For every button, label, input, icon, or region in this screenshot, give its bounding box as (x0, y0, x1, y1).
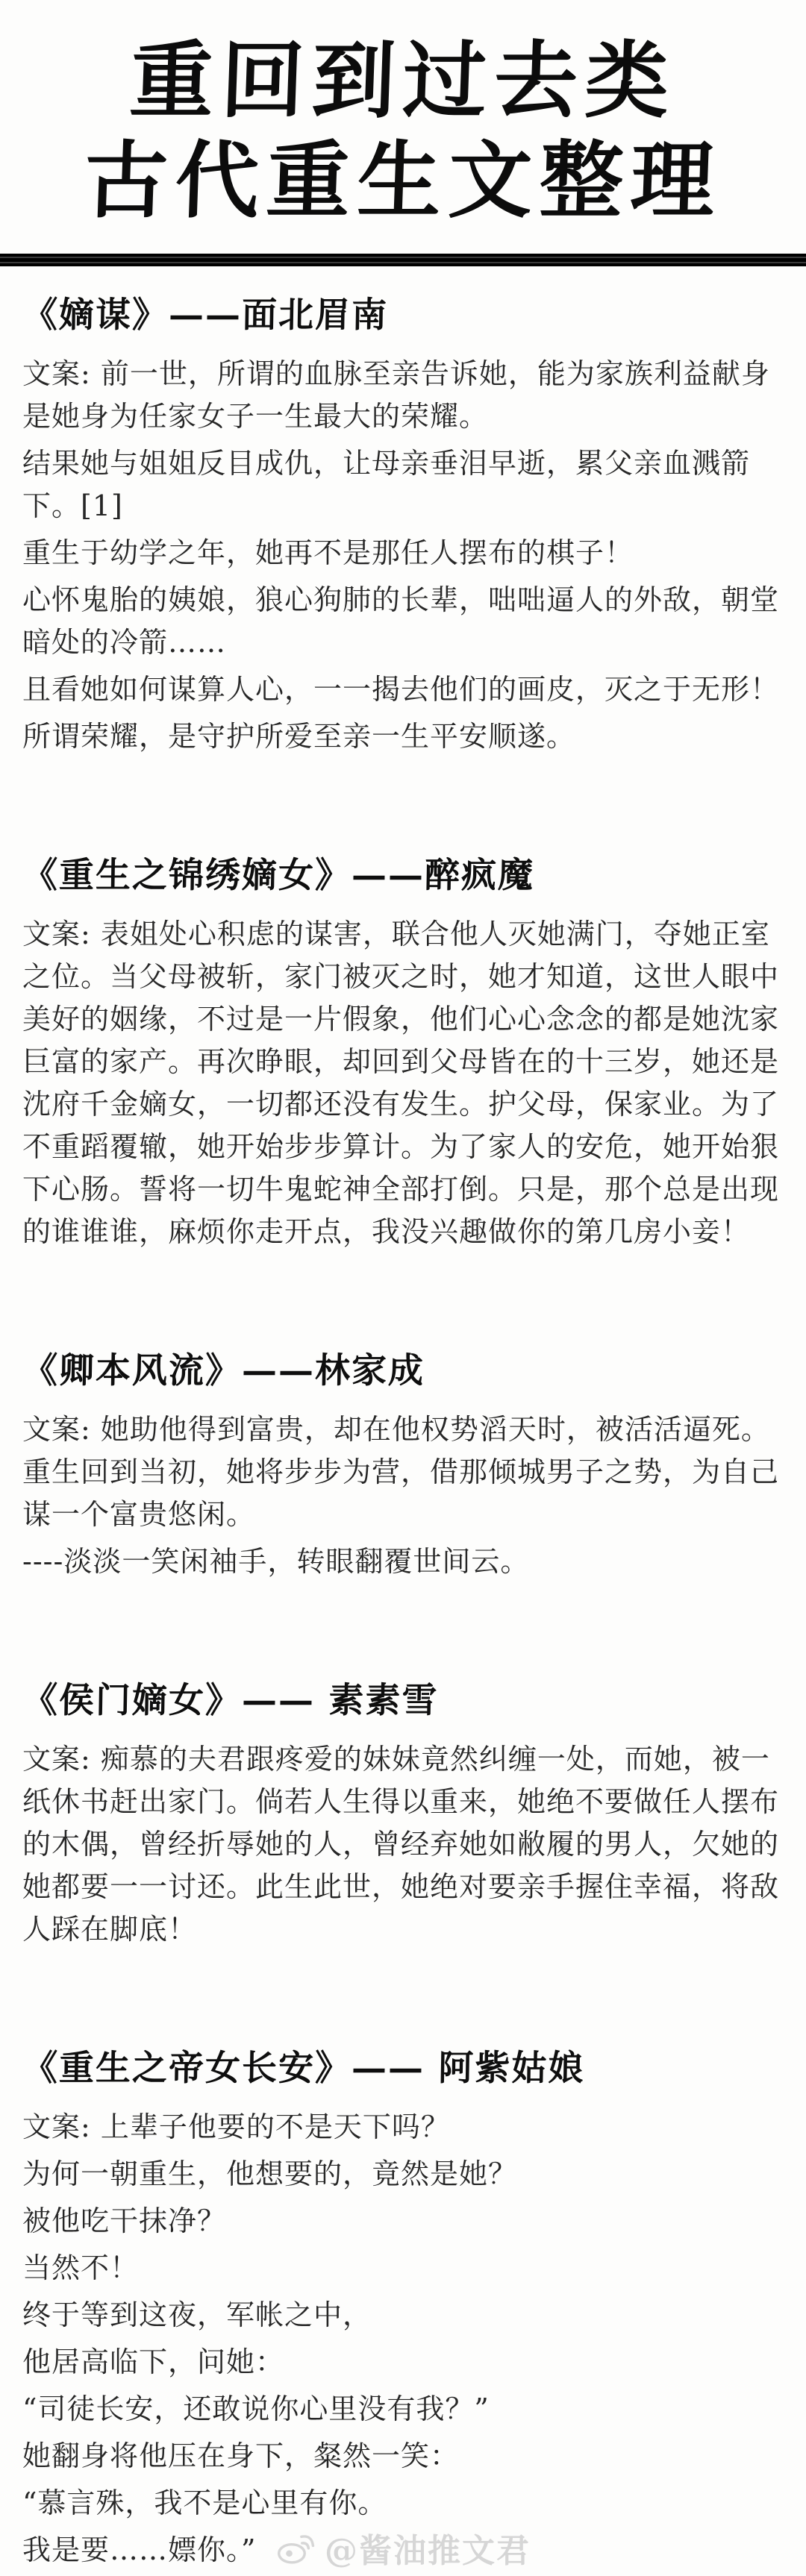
book-section-dinv-changan: 《重生之帝女长安》—— 阿紫姑娘 文案: 上辈子他要的不是天下吗？ 为何一朝重生… (22, 2046, 782, 2572)
book-header: 《嫡谋》——面北眉南 (22, 293, 782, 338)
book-title: 《嫡谋》 (22, 295, 169, 336)
dash: —— (242, 1680, 329, 1721)
dash: —— (352, 855, 425, 896)
book-section-jinxiu-dinv: 《重生之锦绣嫡女》——醉疯魔 文案: 表姐处心积虑的谋害，联合他人灭她满门，夺她… (22, 853, 782, 1253)
synopsis-paragraph: 心怀鬼胎的姨娘，狼心狗肺的长辈，咄咄逼人的外敌，朝堂暗处的冷箭…… (22, 579, 782, 664)
book-title: 《重生之帝女长安》 (22, 2048, 352, 2089)
book-author: 醉疯魔 (425, 855, 535, 896)
watermark-handle: @酱油推文君 (325, 2524, 531, 2572)
synopsis-paragraph: 为何一朝重生，他想要的，竟然是她？ (22, 2153, 782, 2196)
page-title-line1: 重回到过去类 (0, 31, 806, 131)
synopsis-paragraph: 他居高临下，问她： (22, 2341, 782, 2384)
page: 重回到过去类 古代重生文整理 《嫡谋》——面北眉南 文案: 前一世，所谓的血脉至… (0, 0, 806, 2576)
synopsis-paragraph: 结果她与姐姐反目成仇，让母亲垂泪早逝，累父亲血溅箭下。[1] (22, 442, 782, 527)
synopsis-paragraph: 文案: 表姐处心积虑的谋害，联合他人灭她满门，夺她正室之位。当父母被斩，家门被灭… (22, 913, 782, 1253)
synopsis-paragraph: 被他吃干抹净？ (22, 2200, 782, 2243)
synopsis-paragraph: 所谓荣耀，是守护所爱至亲一生平安顺遂。 (22, 715, 782, 758)
book-header: 《重生之帝女长安》—— 阿紫姑娘 (22, 2046, 782, 2091)
book-author: 面北眉南 (242, 295, 389, 336)
book-header: 《重生之锦绣嫡女》——醉疯魔 (22, 853, 782, 898)
synopsis-paragraph: ----淡淡一笑闲袖手，转眼翻覆世间云。 (22, 1541, 782, 1583)
book-section-dimou: 《嫡谋》——面北眉南 文案: 前一世，所谓的血脉至亲告诉她，能为家族利益献身是她… (22, 293, 782, 758)
book-section-houmen-dinv: 《侯门嫡女》—— 素素雪 文案: 痴慕的夫君跟疼爱的妹妹竟然纠缠一处，而她，被一… (22, 1679, 782, 1951)
page-title: 重回到过去类 古代重生文整理 (0, 0, 806, 231)
synopsis-paragraph: 且看她如何谋算人心，一一揭去他们的画皮，灭之于无形！ (22, 668, 782, 711)
book-section-qingben-fengliu: 《卿本风流》——林家成 文案: 她助他得到富贵，却在他权势滔天时，被活活逼死。 … (22, 1349, 782, 1583)
synopsis-paragraph: 文案: 前一世，所谓的血脉至亲告诉她，能为家族利益献身是她身为任家女子一生最大的… (22, 353, 782, 438)
book-title: 《重生之锦绣嫡女》 (22, 855, 352, 896)
dash: —— (242, 1350, 316, 1391)
book-author: 阿紫姑娘 (438, 2048, 585, 2089)
book-title: 《侯门嫡女》 (22, 1680, 243, 1721)
synopsis-paragraph: 重生于幼学之年，她再不是那任人摆布的棋子！ (22, 532, 782, 574)
book-author: 素素雪 (328, 1680, 439, 1721)
synopsis-paragraph: 文案: 她助他得到富贵，却在他权势滔天时，被活活逼死。 重生回到当初，她将步步为… (22, 1408, 782, 1536)
synopsis-paragraph: 当然不！ (22, 2247, 782, 2290)
watermark: @酱油推文君 (0, 2524, 806, 2572)
synopsis-paragraph: 文案: 上辈子他要的不是天下吗？ (22, 2106, 782, 2149)
book-list: 《嫡谋》——面北眉南 文案: 前一世，所谓的血脉至亲告诉她，能为家族利益献身是她… (0, 293, 806, 2572)
synopsis-paragraph: “慕言殊，我不是心里有你。 (22, 2482, 782, 2525)
book-header: 《侯门嫡女》—— 素素雪 (22, 1679, 782, 1723)
book-author: 林家成 (315, 1350, 425, 1391)
book-title: 《卿本风流》 (22, 1350, 243, 1391)
page-title-line2: 古代重生文整理 (0, 131, 806, 231)
synopsis-paragraph: 她翻身将他压在身下，粲然一笑： (22, 2435, 782, 2478)
title-divider (0, 254, 806, 266)
weibo-icon (275, 2529, 317, 2566)
dash: —— (169, 295, 243, 336)
synopsis-paragraph: 文案: 痴慕的夫君跟疼爱的妹妹竟然纠缠一处，而她，被一纸休书赶出家门。倘若人生得… (22, 1738, 782, 1951)
book-header: 《卿本风流》——林家成 (22, 1349, 782, 1394)
synopsis-paragraph: “司徒长安，还敢说你心里没有我？” (22, 2388, 782, 2431)
dash: —— (352, 2048, 439, 2089)
synopsis-paragraph: 终于等到这夜，军帐之中， (22, 2294, 782, 2337)
